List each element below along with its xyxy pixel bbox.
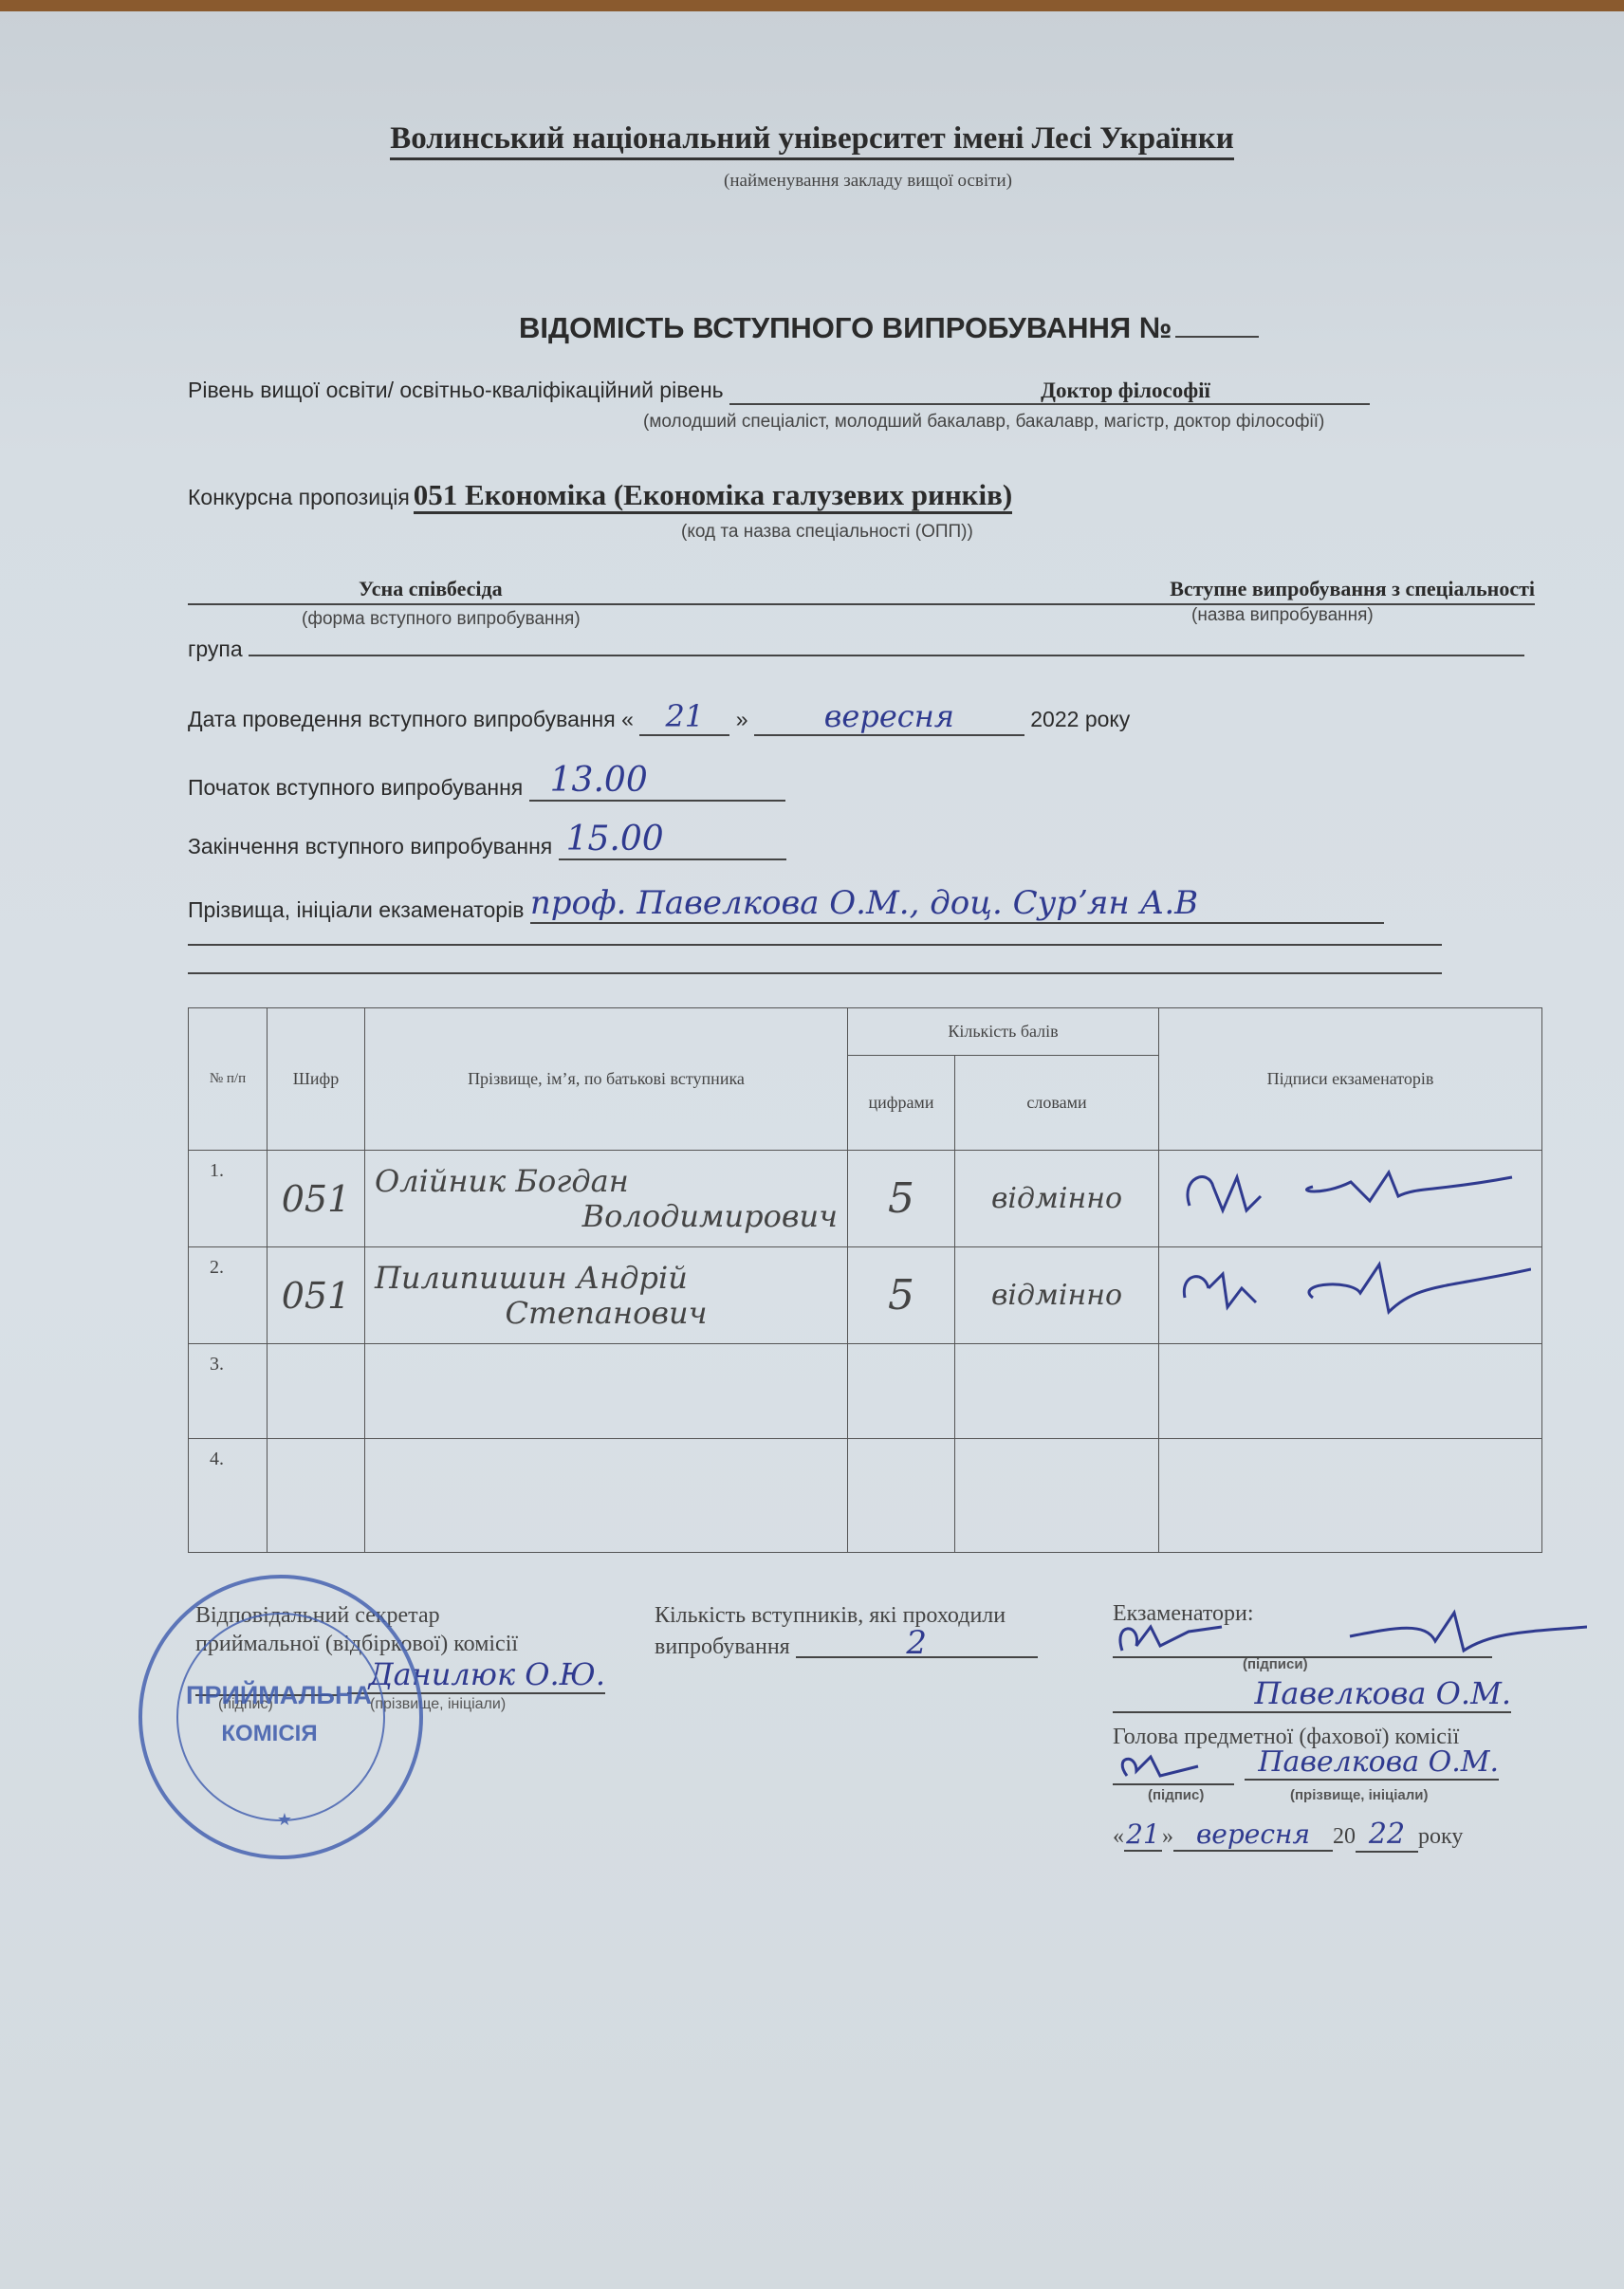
stamp-inner-ring (176, 1613, 385, 1821)
row-signatures[interactable] (1159, 1344, 1542, 1439)
level-field[interactable]: Доктор філософії (729, 378, 1370, 405)
examiners-sign-caption: (підписи) (1243, 1656, 1308, 1672)
level-label: Рівень вищої освіти/ освітньо-кваліфікац… (188, 378, 724, 402)
exam-name-caption: (назва випробування) (1191, 605, 1374, 626)
date-label: Дата проведення вступного випробування « (188, 707, 634, 731)
head-date-row: «21»вересня2022року (1113, 1818, 1463, 1853)
row-name[interactable] (365, 1344, 848, 1439)
row-code[interactable] (268, 1439, 365, 1553)
row-score-words[interactable]: відмінно (955, 1151, 1159, 1247)
exam-form-line: Усна співбесіда Вступне випробування з с… (188, 575, 1535, 605)
examiners-line-3 (188, 972, 1442, 974)
examiners-names-field[interactable]: Павелкова О.М. (1113, 1675, 1511, 1713)
start-row: Початок вступного випробування 13.00 (188, 765, 785, 805)
row-score-words[interactable]: відмінно (955, 1247, 1159, 1344)
document-title: ВІДОМІСТЬ ВСТУПНОГО ВИПРОБУВАННЯ № (519, 311, 1259, 345)
proposal-value: 051 Економіка (Економіка галузевих ринкі… (414, 478, 1012, 514)
signature-icon (1171, 1158, 1531, 1234)
head-date-month[interactable]: вересня (1173, 1818, 1333, 1852)
exam-form-value: Усна співбесіда (359, 577, 503, 601)
head-date-day[interactable]: 21 (1124, 1818, 1162, 1852)
examiners-signatures-field[interactable] (1113, 1622, 1492, 1658)
row-signatures[interactable] (1159, 1247, 1542, 1344)
row-name[interactable]: Пилипишин АндрійСтепанович (365, 1247, 848, 1344)
row-num: 1. (189, 1151, 268, 1247)
proposal-label: Конкурсна пропозиція (188, 485, 410, 509)
table-row: 3. (189, 1344, 1542, 1439)
proposal-caption: (код та назва спеціальності (ОПП)) (681, 522, 973, 543)
commission-stamp: ПРИЙМАЛЬНА КОМІСІЯ ★ (138, 1575, 423, 1859)
stamp-line-1: ПРИЙМАЛЬНА (137, 1681, 421, 1710)
row-score-digits[interactable]: 5 (848, 1151, 955, 1247)
row-name[interactable]: Олійник БогданВолодимирович (365, 1151, 848, 1247)
date-close-quote: » (1162, 1824, 1173, 1849)
date-century: 20 (1333, 1824, 1356, 1849)
date-row: Дата проведення вступного випробування «… (188, 698, 1130, 736)
count-label-1: Кількість вступників, які проходили (655, 1601, 1038, 1630)
university-caption: (найменування закладу вищої освіти) (0, 171, 1624, 192)
examiners-field[interactable]: проф. Павелкова О.М., доц. Сурʼян А.В (530, 884, 1384, 924)
start-label: Початок вступного випробування (188, 775, 523, 800)
row-score-words[interactable] (955, 1344, 1159, 1439)
exam-name-value: Вступне випробування з спеціальності (1170, 577, 1535, 601)
count-label-2: випробування 2 (655, 1630, 1038, 1661)
end-label: Закінчення вступного випробування (188, 834, 552, 858)
date-day-field[interactable]: 21 (639, 698, 729, 736)
start-time-field[interactable]: 13.00 (529, 761, 785, 802)
signature-icon (1113, 1747, 1234, 1785)
level-caption: (молодший спеціаліст, молодший бакалавр,… (643, 412, 1324, 433)
row-score-digits[interactable]: 5 (848, 1247, 955, 1344)
row-score-words[interactable] (955, 1439, 1159, 1553)
title-number-field[interactable] (1175, 311, 1259, 338)
results-table: № п/п Шифр Прізвище, ім’я, по батькові в… (188, 1007, 1542, 1553)
header-score-words: словами (955, 1056, 1159, 1151)
head-name-caption: (прізвище, ініціали) (1290, 1787, 1429, 1803)
count-block: Кількість вступників, які проходили випр… (655, 1601, 1038, 1661)
signature-icon (1171, 1255, 1531, 1331)
header-score-group: Кількість балів (848, 1008, 1159, 1056)
table-row: 2. 051 Пилипишин АндрійСтепанович 5 відм… (189, 1247, 1542, 1344)
date-suffix: року (1418, 1824, 1463, 1849)
row-code[interactable]: 051 (268, 1247, 365, 1344)
row-signatures[interactable] (1159, 1151, 1542, 1247)
head-name-field[interactable]: Павелкова О.М. (1245, 1745, 1499, 1781)
date-month-field[interactable]: вересня (754, 698, 1024, 736)
row-num: 3. (189, 1344, 268, 1439)
group-row: група (188, 636, 1524, 662)
row-score-digits[interactable] (848, 1439, 955, 1553)
end-row: Закінчення вступного випробування 15.00 (188, 823, 786, 864)
title-text: ВІДОМІСТЬ ВСТУПНОГО ВИПРОБУВАННЯ № (519, 311, 1172, 344)
university-name: Волинський національний університет імен… (0, 121, 1624, 157)
date-year-text: 2022 року (1030, 707, 1130, 731)
row-num: 2. (189, 1247, 268, 1344)
count-field[interactable]: 2 (796, 1630, 1038, 1658)
table-surface-edge (0, 0, 1624, 11)
examiners-row: Прізвища, ініціали екзаменаторів проф. П… (188, 888, 1384, 928)
header-code: Шифр (268, 1008, 365, 1151)
stamp-star-icon: ★ (142, 1810, 427, 1830)
row-num: 4. (189, 1439, 268, 1553)
header-num: № п/п (189, 1008, 268, 1151)
head-signature-field[interactable] (1113, 1753, 1234, 1785)
end-time-field[interactable]: 15.00 (559, 820, 786, 860)
row-score-digits[interactable] (848, 1344, 955, 1439)
level-row: Рівень вищої освіти/ освітньо-кваліфікац… (188, 378, 1370, 405)
header-score-digits: цифрами (848, 1056, 955, 1151)
row-code[interactable]: 051 (268, 1151, 365, 1247)
group-field[interactable] (249, 636, 1524, 656)
exam-form-caption: (форма вступного випробування) (302, 609, 581, 630)
header-name: Прізвище, ім’я, по батькові вступника (365, 1008, 848, 1151)
date-quote-close: » (736, 707, 748, 731)
group-label: група (188, 637, 243, 661)
header-signatures: Підписи екзаменаторів (1159, 1008, 1542, 1151)
row-signatures[interactable] (1159, 1439, 1542, 1553)
row-code[interactable] (268, 1344, 365, 1439)
head-date-year[interactable]: 22 (1356, 1818, 1418, 1853)
date-open-quote: « (1113, 1824, 1124, 1849)
proposal-row: Конкурсна пропозиція 051 Економіка (Екон… (188, 478, 1012, 512)
examiners-line-2 (188, 944, 1442, 946)
signature-icon (1113, 1603, 1587, 1670)
head-sign-caption: (підпис) (1148, 1787, 1204, 1803)
row-name[interactable] (365, 1439, 848, 1553)
table-row: 4. (189, 1439, 1542, 1553)
table-row: 1. 051 Олійник БогданВолодимирович 5 від… (189, 1151, 1542, 1247)
stamp-line-2: КОМІСІЯ (127, 1721, 412, 1747)
examiners-label: Прізвища, ініціали екзаменаторів (188, 897, 524, 922)
